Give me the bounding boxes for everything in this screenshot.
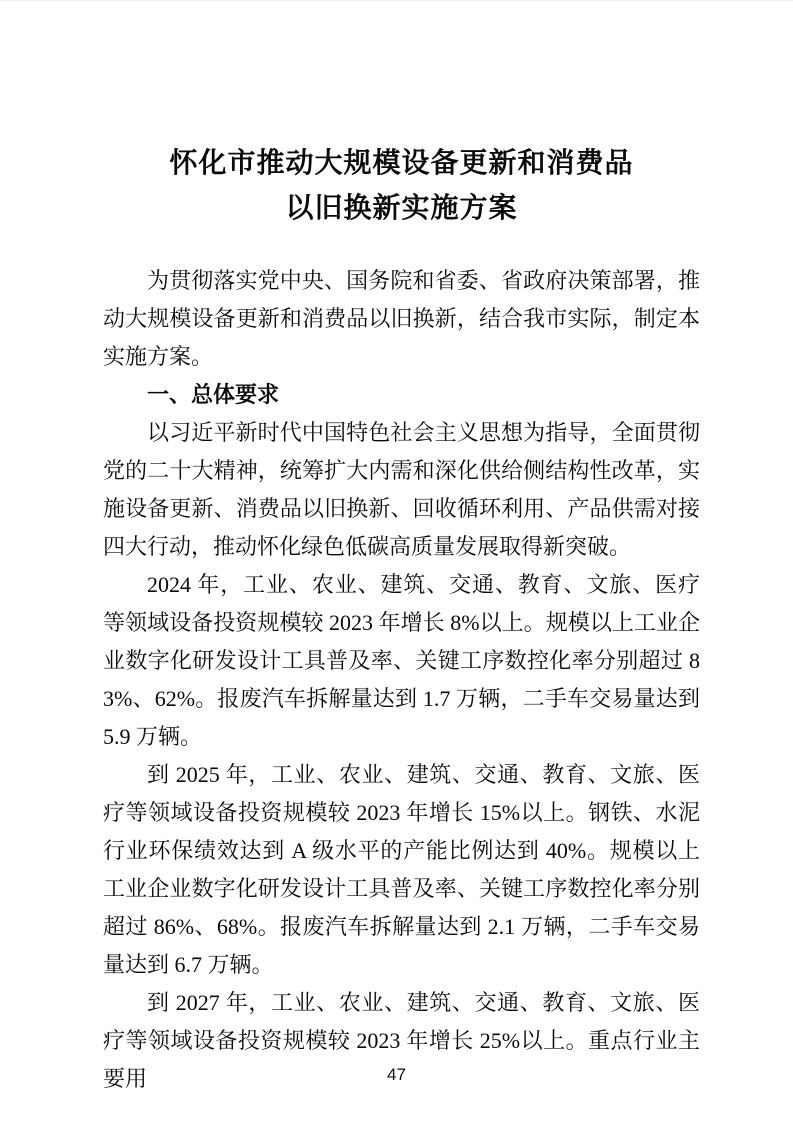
paragraph-intro: 为贯彻落实党中央、国务院和省委、省政府决策部署，推动大规模设备更新和消费品以旧换… bbox=[103, 262, 700, 376]
document-page: 怀化市推动大规模设备更新和消费品 以旧换新实施方案 为贯彻落实党中央、国务院和省… bbox=[0, 0, 793, 1123]
document-title-line1: 怀化市推动大规模设备更新和消费品 bbox=[103, 141, 700, 186]
document-title: 怀化市推动大规模设备更新和消费品 以旧换新实施方案 bbox=[103, 141, 700, 231]
section-heading-overall-requirements: 一、总体要求 bbox=[103, 376, 700, 414]
page-number: 47 bbox=[0, 1064, 793, 1086]
document-title-line2: 以旧换新实施方案 bbox=[103, 186, 700, 231]
paragraph-2024-targets: 2024 年，工业、农业、建筑、交通、教育、文旅、医疗等领域设备投资规模较 20… bbox=[103, 566, 700, 756]
document-body: 为贯彻落实党中央、国务院和省委、省政府决策部署，推动大规模设备更新和消费品以旧换… bbox=[103, 262, 700, 1098]
paragraph-2025-targets: 到 2025 年，工业、农业、建筑、交通、教育、文旅、医疗等领域设备投资规模较 … bbox=[103, 756, 700, 984]
paragraph-guiding-ideology: 以习近平新时代中国特色社会主义思想为指导，全面贯彻党的二十大精神，统筹扩大内需和… bbox=[103, 414, 700, 566]
